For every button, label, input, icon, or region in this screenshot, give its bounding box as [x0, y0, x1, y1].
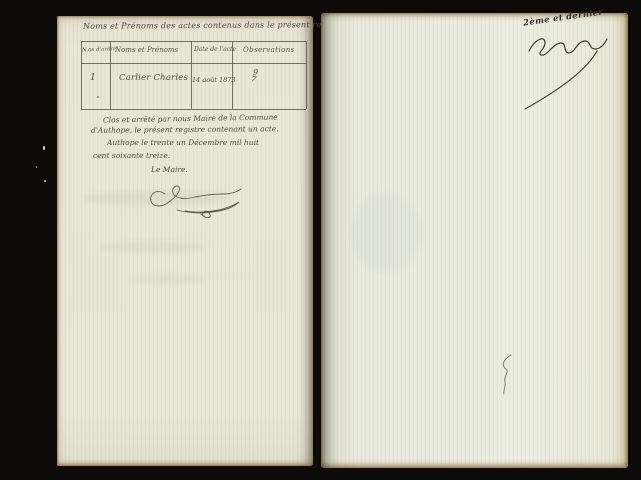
closing-line-3: Authope le trente un Décembre mil huit — [107, 139, 259, 148]
mayor-signature — [143, 174, 255, 222]
cell-date: 14 août 1873 — [192, 77, 236, 84]
page-title: Noms et Prénoms des actes contenus dans … — [83, 20, 307, 31]
cell-order-number: 1 — [90, 73, 96, 83]
ink-speck — [85, 25, 88, 26]
table-border-right — [306, 41, 307, 109]
column-header-date: Date de l'acte — [194, 47, 236, 54]
ink-speck — [97, 96, 99, 98]
archivist-signature — [517, 27, 617, 113]
table-line-top — [81, 41, 306, 42]
bleedthrough-smudge — [127, 274, 207, 284]
left-page: Noms et Prénoms des actes contenus dans … — [57, 16, 313, 466]
column-header-observations: Observations — [243, 46, 295, 54]
column-header-names: Noms et Prénoms — [115, 46, 178, 54]
table-line-header — [81, 63, 306, 64]
column-divider-2 — [191, 41, 192, 109]
dust-speck — [43, 146, 45, 150]
dust-speck — [44, 180, 46, 182]
bleedthrough-smudge — [97, 241, 207, 253]
observation-mark-bottom: 7 — [250, 74, 259, 85]
right-page: 2ème et dernier — [321, 13, 628, 468]
column-header-order-number: N.os d'ordre — [82, 47, 110, 54]
cell-name: Carlier Charles — [119, 74, 188, 84]
closing-line-1: Clos et arrêté par nous Maire de la Comm… — [103, 113, 278, 125]
bleedthrough-smudge — [351, 193, 421, 273]
ink-squiggle — [498, 352, 516, 396]
scanned-register-spread: Noms et Prénoms des actes contenus dans … — [0, 0, 641, 480]
closing-line-4: cent soixante treize. — [93, 152, 170, 161]
cell-observation-mark: 9 7 — [253, 68, 258, 84]
closing-line-2: d'Authope, le présent registre contenant… — [91, 125, 279, 135]
table-line-bottom — [81, 109, 306, 110]
dust-speck — [36, 166, 37, 168]
